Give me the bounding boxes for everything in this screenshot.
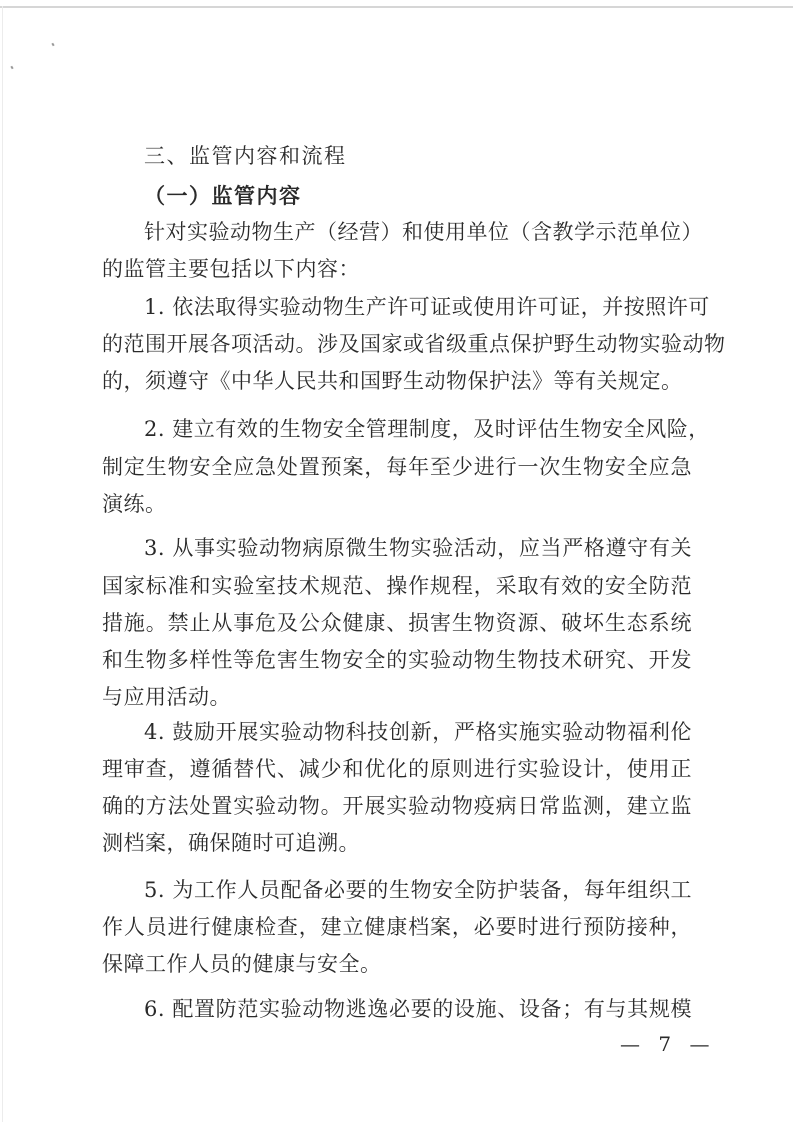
item-3-line: 3. 从事实验动物病原微生物实验活动，应当严格遵守有关 [144,533,692,563]
item-1-line: 1. 依法取得实验动物生产许可证或使用许可证，并按照许可 [144,292,692,322]
paragraph-intro-line: 针对实验动物生产（经营）和使用单位（含教学示范单位） [144,217,692,247]
item-5-line: 5. 为工作人员配备必要的生物安全防护装备，每年组织工 [144,875,692,905]
scan-speck [10,66,13,70]
item-1-line: 的范围开展各项活动。涉及国家或省级重点保护野生动物实验动物 [102,329,692,359]
item-1-line: 的，须遵守《中华人民共和国野生动物保护法》等有关规定。 [102,366,683,396]
item-3-line: 和生物多样性等危害生物安全的实验动物生物技术研究、开发 [102,645,692,675]
item-2-line: 演练。 [102,489,167,519]
item-4-line: 确的方法处置实验动物。开展实验动物疫病日常监测，建立监 [102,791,692,821]
item-6-line: 6. 配置防范实验动物逃逸必要的设施、设备；有与其规模 [144,994,692,1024]
item-3-line: 国家标准和实验室技术规范、操作规程，采取有效的安全防范 [102,571,692,601]
item-3-line: 与应用活动。 [102,682,231,712]
item-3-line: 措施。禁止从事危及公众健康、损害生物资源、破坏生态系统 [102,608,692,638]
item-4-line: 4. 鼓励开展实验动物科技创新，严格实施实验动物福利伦 [144,717,692,747]
item-5-line: 作人员进行健康检查，建立健康档案，必要时进行预防接种， [102,912,692,942]
item-2-line: 制定生物安全应急处置预案，每年至少进行一次生物安全应急 [102,452,692,482]
section-heading: 三、监管内容和流程 [144,141,347,171]
page-number: — 7 — [620,1031,715,1057]
item-4-line: 测档案，确保随时可追溯。 [102,828,360,858]
scan-speck [51,43,54,47]
item-4-line: 理审查，遵循替代、减少和优化的原则进行实验设计，使用正 [102,754,692,784]
paragraph-intro-line: 的监管主要包括以下内容： [102,254,360,284]
scan-edge-top [0,6,793,8]
item-2-line: 2. 建立有效的生物安全管理制度，及时评估生物安全风险， [144,414,692,444]
subsection-heading: （一）监管内容 [144,181,302,211]
item-5-line: 保障工作人员的健康与安全。 [102,949,382,979]
scan-edge-left [2,6,3,1122]
